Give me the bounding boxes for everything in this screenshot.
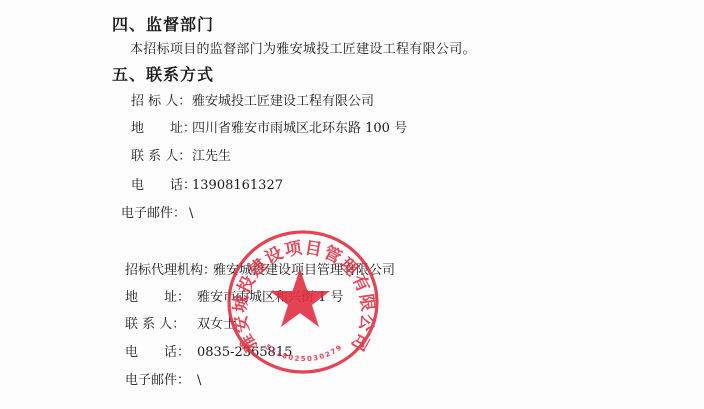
field-label: 招 标 人：	[131, 93, 191, 111]
field-value: 雅安城投工匠建设工程有限公司	[192, 93, 374, 111]
section-heading-supervision: 四、监督部门	[112, 15, 214, 35]
field-value: 0835-2365815	[197, 344, 292, 362]
field-value: \	[189, 205, 193, 223]
field-label: 电子邮件：	[125, 372, 190, 390]
field-label: 电 话：	[131, 177, 196, 195]
field-value: 雅安城投建设项目管理有限公司	[213, 262, 395, 280]
document-page: 四、监督部门 本招标项目的监督部门为雅安城投工匠建设工程有限公司。 五、联系方式…	[0, 0, 704, 409]
field-value: 13908161327	[192, 177, 283, 195]
field-label: 联 系 人：	[125, 316, 185, 334]
field-label: 招标代理机构：	[125, 262, 216, 280]
field-label: 联 系 人：	[131, 148, 191, 166]
field-value: 江先生	[192, 148, 231, 166]
field-value: 雅安市雨城区和兴街 1 号	[197, 289, 344, 307]
field-value: 四川省雅安市雨城区北环东路 100 号	[192, 120, 407, 138]
field-value: 双女士	[197, 316, 236, 334]
field-label: 地 址：	[125, 289, 190, 307]
section-heading-contact: 五、联系方式	[112, 65, 214, 85]
field-value: \	[197, 372, 201, 390]
supervision-paragraph: 本招标项目的监督部门为雅安城投工匠建设工程有限公司。	[130, 41, 476, 59]
field-label: 电子邮件：	[121, 205, 186, 223]
field-label: 电 话：	[125, 344, 190, 362]
field-label: 地 址：	[131, 120, 196, 138]
